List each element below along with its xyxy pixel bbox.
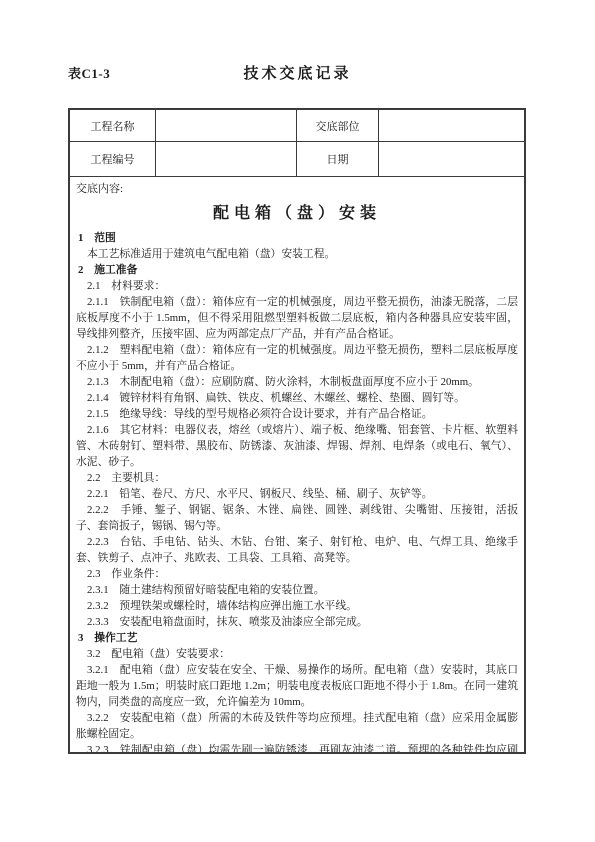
disclosure-content-cell: 交底内容: 配电箱（盘）安装 1 范围本工艺标准适用于建筑电气配电箱（盘）安装工… <box>70 177 524 752</box>
paragraph: 2.2 主要机具： <box>76 470 518 486</box>
paragraph: 2.1.5 绝缘导线：导线的型号规格必须符合设计要求，并有产品合格证。 <box>76 406 518 422</box>
date-label: 日期 <box>297 142 379 177</box>
paragraph: 3 操作工艺 <box>76 630 518 646</box>
paragraph: 2.1.6 其它材料：电器仪表，熔丝（或熔片）、端子板、绝缘嘴、铝套管、卡片框、… <box>76 422 518 470</box>
project-name-label: 工程名称 <box>70 110 156 142</box>
paragraph: 1 范围 <box>76 230 518 246</box>
paragraph: 本工艺标准适用于建筑电气配电箱（盘）安装工程。 <box>76 246 518 262</box>
paragraph: 2.2.2 手锤、錾子、钢锯、锯条、木锉、扁锉、圆锉、剥线钳、尖嘴钳、压接钳，活… <box>76 502 518 534</box>
content-section-label: 交底内容: <box>76 182 518 197</box>
paragraph: 3.2.2 安装配电箱（盘）所需的木砖及铁件等均应预埋。挂式配电箱（盘）应采用金… <box>76 710 518 742</box>
paragraph: 2.3.2 预埋铁架或螺栓时，墙体结构应弹出施工水平线。 <box>76 598 518 614</box>
paragraph: 3.2 配电箱（盘）安装要求： <box>76 646 518 662</box>
info-row-1: 工程名称 交底部位 <box>70 110 524 142</box>
procedure-title: 配电箱（盘）安装 <box>76 200 518 223</box>
page-header: 表C1-3 技术交底记录 <box>0 62 595 82</box>
date-value <box>379 142 524 177</box>
info-row-2: 工程编号 日期 <box>70 142 524 177</box>
paragraph: 2.3 作业条件： <box>76 566 518 582</box>
paragraph: 2.3.1 随土建结构预留好暗装配电箱的安装位置。 <box>76 582 518 598</box>
paragraph: 2.1.4 镀锌材料有角钢、扁铁、铁皮、机螺丝、木螺丝、螺栓、垫圈、圆钉等。 <box>76 390 518 406</box>
record-table: 工程名称 交底部位 工程编号 日期 交底内容: 配电箱（盘）安装 1 范围本工艺… <box>68 108 526 754</box>
form-code: 表C1-3 <box>68 63 110 82</box>
paragraph: 2.1.3 木制配电箱（盘）：应刷防腐、防火涂料，木制板盘面厚度不应小于 20m… <box>76 374 518 390</box>
paragraph: 2.2.1 铅笔、卷尺、方尺、水平尺、钢板尺、线坠、桶、刷子、灰铲等。 <box>76 486 518 502</box>
disclosure-part-label: 交底部位 <box>297 110 379 142</box>
paragraph: 2.1.1 铁制配电箱（盘）：箱体应有一定的机械强度，周边平整无损伤，油漆无脱落… <box>76 294 518 342</box>
project-number-label: 工程编号 <box>70 142 156 177</box>
paragraph: 2.1 材料要求： <box>76 278 518 294</box>
paragraph: 2.2.3 台钻、手电钻、钻头、木钻、台钳、案子、射钉枪、电炉、电、气焊工具、绝… <box>76 534 518 566</box>
content-paragraphs: 1 范围本工艺标准适用于建筑电气配电箱（盘）安装工程。2 施工准备2.1 材料要… <box>76 230 518 752</box>
project-number-value <box>156 142 297 177</box>
paragraph: 3.2.1 配电箱（盘）应安装在安全、干燥、易操作的场所。配电箱（盘）安装时，其… <box>76 662 518 710</box>
paragraph: 2.1.2 塑料配电箱（盘）：箱体应有一定的机械强度。周边平整无损伤，塑料二层底… <box>76 342 518 374</box>
project-name-value <box>156 110 297 142</box>
disclosure-part-value <box>379 110 524 142</box>
document-page: 表C1-3 技术交底记录 工程名称 交底部位 工程编号 日期 交底内容: 配电箱… <box>0 0 595 842</box>
paragraph: 3.2.3 铁制配电箱（盘）均需先刷一遍防锈漆，再刷灰油漆二道。预埋的各种铁件均… <box>76 742 518 752</box>
paragraph: 2.3.3 安装配电箱盘面时，抹灰、喷浆及油漆应全部完成。 <box>76 614 518 630</box>
paragraph: 2 施工准备 <box>76 262 518 278</box>
